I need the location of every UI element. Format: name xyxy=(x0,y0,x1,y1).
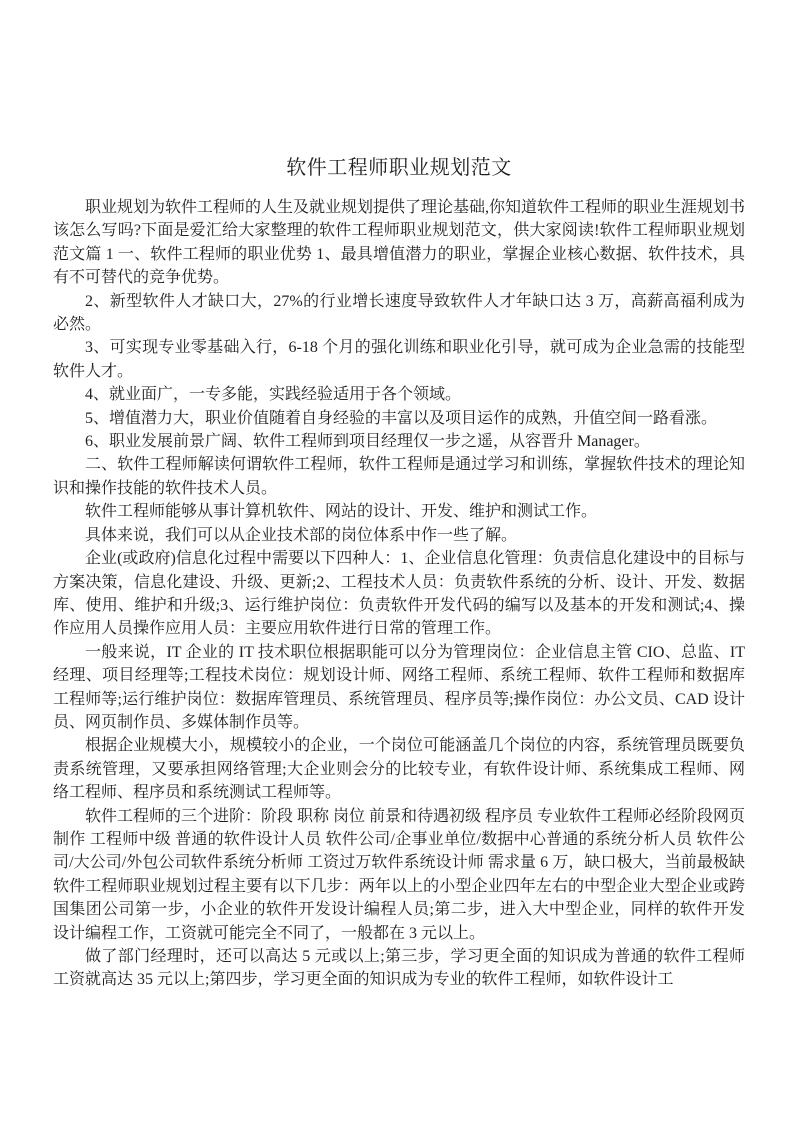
paragraph: 做了部门经理时，还可以高达 5 元或以上;第三步，学习更全面的知识成为普通的软件… xyxy=(53,945,745,992)
document-title: 软件工程师职业规划范文 xyxy=(53,155,745,181)
paragraph: 3、可实现专业零基础入行，6-18 个月的强化训练和职业化引导，就可成为企业急需… xyxy=(53,336,745,383)
paragraph: 软件工程师的三个进阶：阶段 职称 岗位 前景和待遇初级 程序员 专业软件工程师必… xyxy=(53,805,745,945)
document-body: 职业规划为软件工程师的人生及就业规划提供了理论基础,你知道软件工程师的职业生涯规… xyxy=(53,196,745,992)
paragraph: 一般来说，IT 企业的 IT 技术职位根据职能可以分为管理岗位：企业信息主管 C… xyxy=(53,641,745,735)
paragraph: 根据企业规模大小，规模较小的企业，一个岗位可能涵盖几个岗位的内容，系统管理员既要… xyxy=(53,734,745,804)
paragraph: 2、新型软件人才缺口大，27%的行业增长速度导致软件人才年缺口达 3 万，高薪高… xyxy=(53,290,745,337)
paragraph: 4、就业面广，一专多能，实践经验适用于各个领域。 xyxy=(53,383,745,406)
paragraph: 具体来说，我们可以从企业技术部的岗位体系中作一些了解。 xyxy=(53,524,745,547)
paragraph: 6、职业发展前景广阔、软件工程师到项目经理仅一步之遥，从容晋升 Manager。 xyxy=(53,430,745,453)
document-page: 软件工程师职业规划范文 职业规划为软件工程师的人生及就业规划提供了理论基础,你知… xyxy=(0,0,793,1122)
paragraph: 二、软件工程师解读何谓软件工程师，软件工程师是通过学习和训练，掌握软件技术的理论… xyxy=(53,453,745,500)
paragraph: 企业(或政府)信息化过程中需要以下四种人：1、企业信息化管理：负责信息化建设中的… xyxy=(53,547,745,641)
paragraph: 软件工程师能够从事计算机软件、网站的设计、开发、维护和测试工作。 xyxy=(53,500,745,523)
paragraph: 职业规划为软件工程师的人生及就业规划提供了理论基础,你知道软件工程师的职业生涯规… xyxy=(53,196,745,290)
paragraph: 5、增值潜力大，职业价值随着自身经验的丰富以及项目运作的成熟，升值空间一路看涨。 xyxy=(53,407,745,430)
